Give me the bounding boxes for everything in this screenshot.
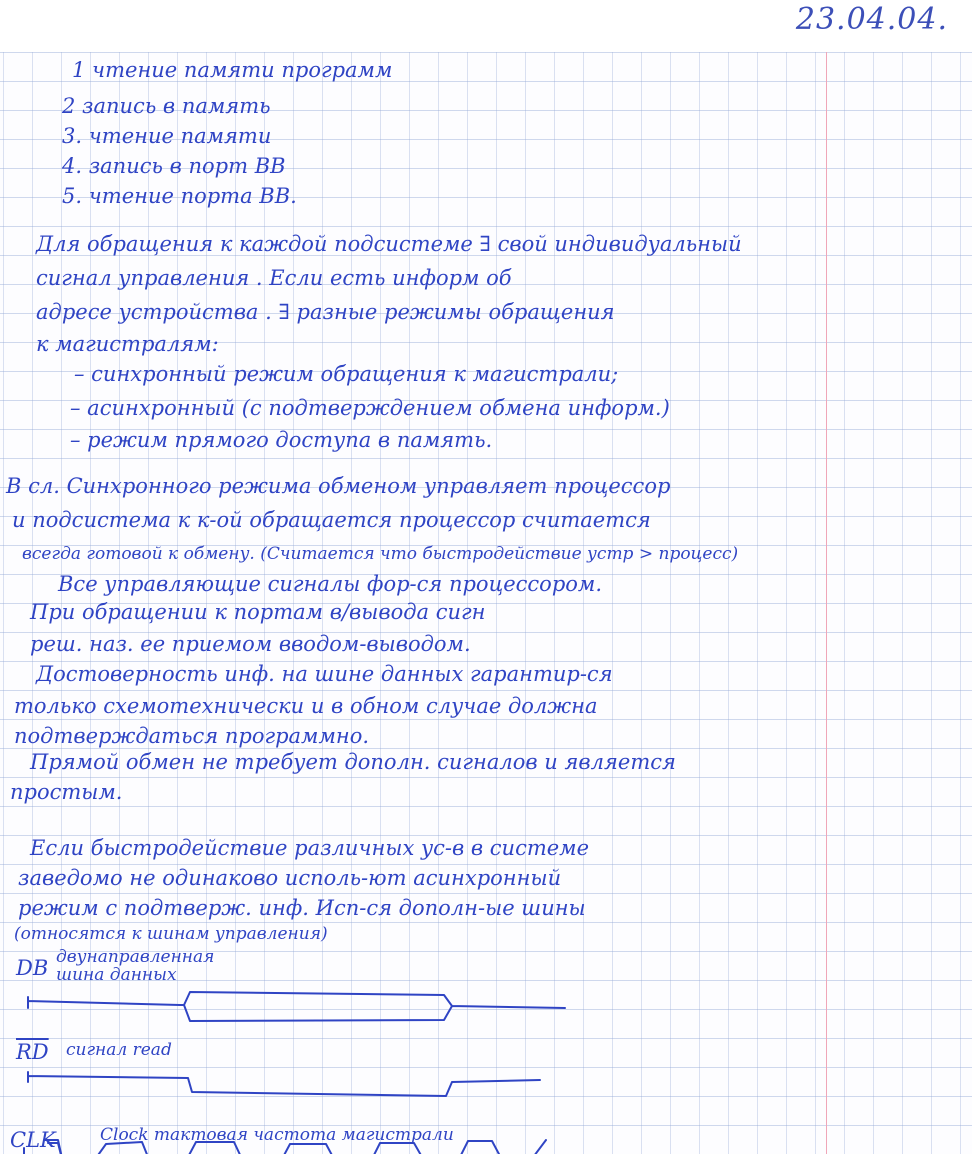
rd-waveform (28, 1072, 540, 1096)
db-waveform (28, 992, 565, 1021)
clk-pulses (48, 1140, 546, 1154)
timing-waveforms (0, 0, 972, 1154)
